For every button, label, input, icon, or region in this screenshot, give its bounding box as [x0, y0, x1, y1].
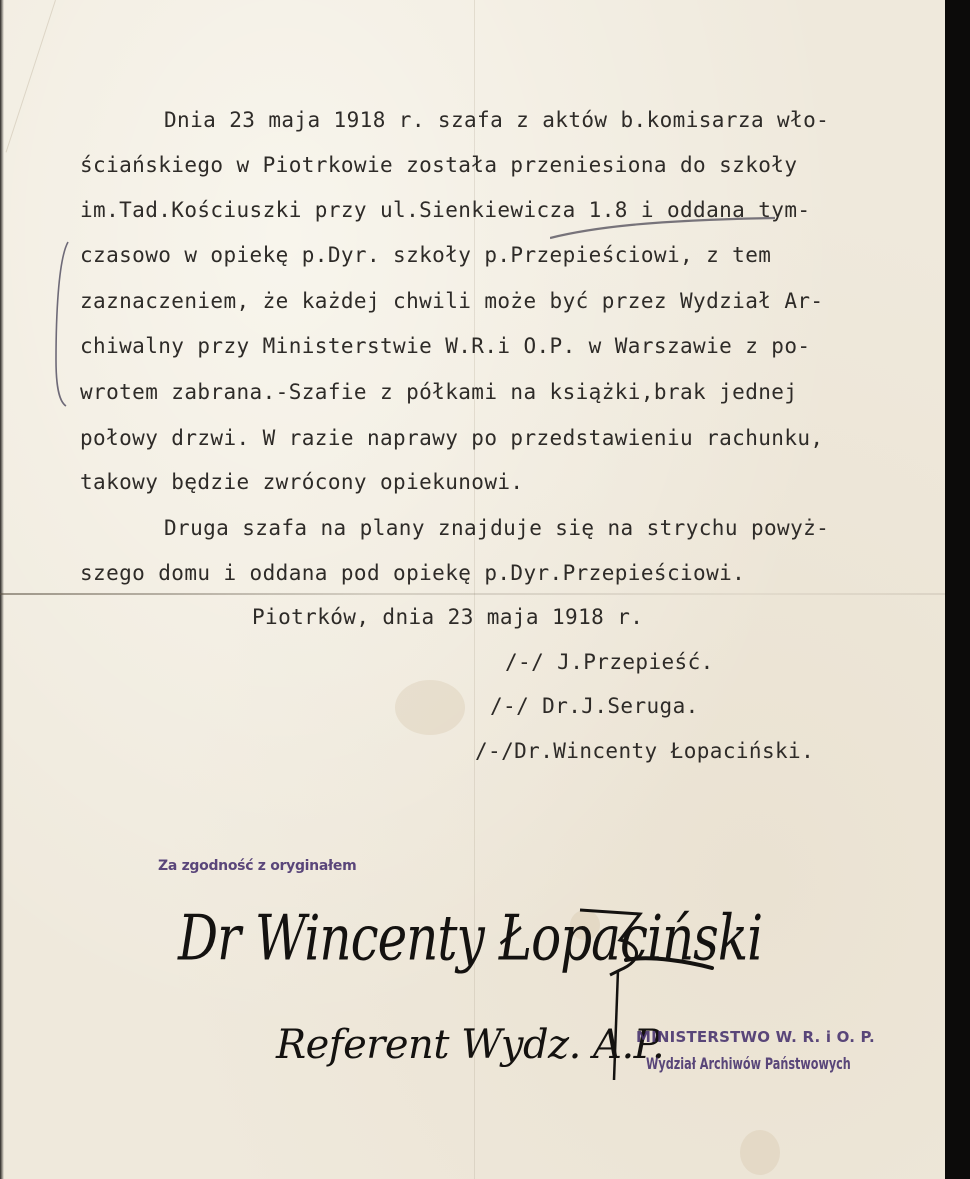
- body-line-2: ściańskiego w Piotrkowie została przenie…: [80, 155, 797, 176]
- body-line-8: połowy drzwi. W razie naprawy po przedst…: [80, 428, 823, 449]
- document-page: Dnia 23 maja 1918 r. szafa z aktów b.kom…: [0, 0, 945, 1179]
- ministry-stamp-line2: Wydział Archiwów Państwowych: [646, 1054, 851, 1073]
- paper-stain: [740, 1130, 780, 1175]
- signatory-seruga: /-/ Dr.J.Seruga.: [490, 696, 699, 717]
- signatory-lopacinski: /-/Dr.Wincenty Łopaciński.: [475, 741, 814, 762]
- paper-crease: [6, 0, 56, 152]
- horizontal-fold-line: [0, 593, 945, 595]
- handwritten-title: Referent Wydz. A.P.: [276, 1022, 664, 1068]
- pencil-underline: [550, 210, 780, 240]
- body-line-1: Dnia 23 maja 1918 r. szafa z aktów b.kom…: [164, 110, 829, 131]
- certification-stamp: Za zgodność z oryginałem: [158, 858, 356, 874]
- body-line-7: wrotem zabrana.-Szafie z półkami na ksią…: [80, 382, 797, 403]
- page-edge-shadow: [0, 0, 4, 1179]
- pencil-margin-bracket: [52, 240, 72, 410]
- paper-stain: [395, 680, 465, 735]
- second-paragraph-line-2: szego domu i oddana pod opiekę p.Dyr.Prz…: [80, 563, 745, 584]
- body-line-4: czasowo w opiekę p.Dyr. szkoły p.Przepie…: [80, 245, 771, 266]
- body-line-9: takowy będzie zwrócony opiekunowi.: [80, 472, 523, 493]
- body-line-5: zaznaczeniem, że każdej chwili może być …: [80, 291, 823, 312]
- ministry-stamp-line1: MINISTERSTWO W. R. i O. P.: [636, 1028, 875, 1046]
- body-line-6: chiwalny przy Ministerstwie W.R.i O.P. w…: [80, 336, 810, 357]
- second-paragraph-line-1: Druga szafa na plany znajduje się na str…: [164, 518, 829, 539]
- signatory-przepiesc: /-/ J.Przepieść.: [505, 652, 714, 673]
- place-date: Piotrków, dnia 23 maja 1918 r.: [252, 607, 643, 628]
